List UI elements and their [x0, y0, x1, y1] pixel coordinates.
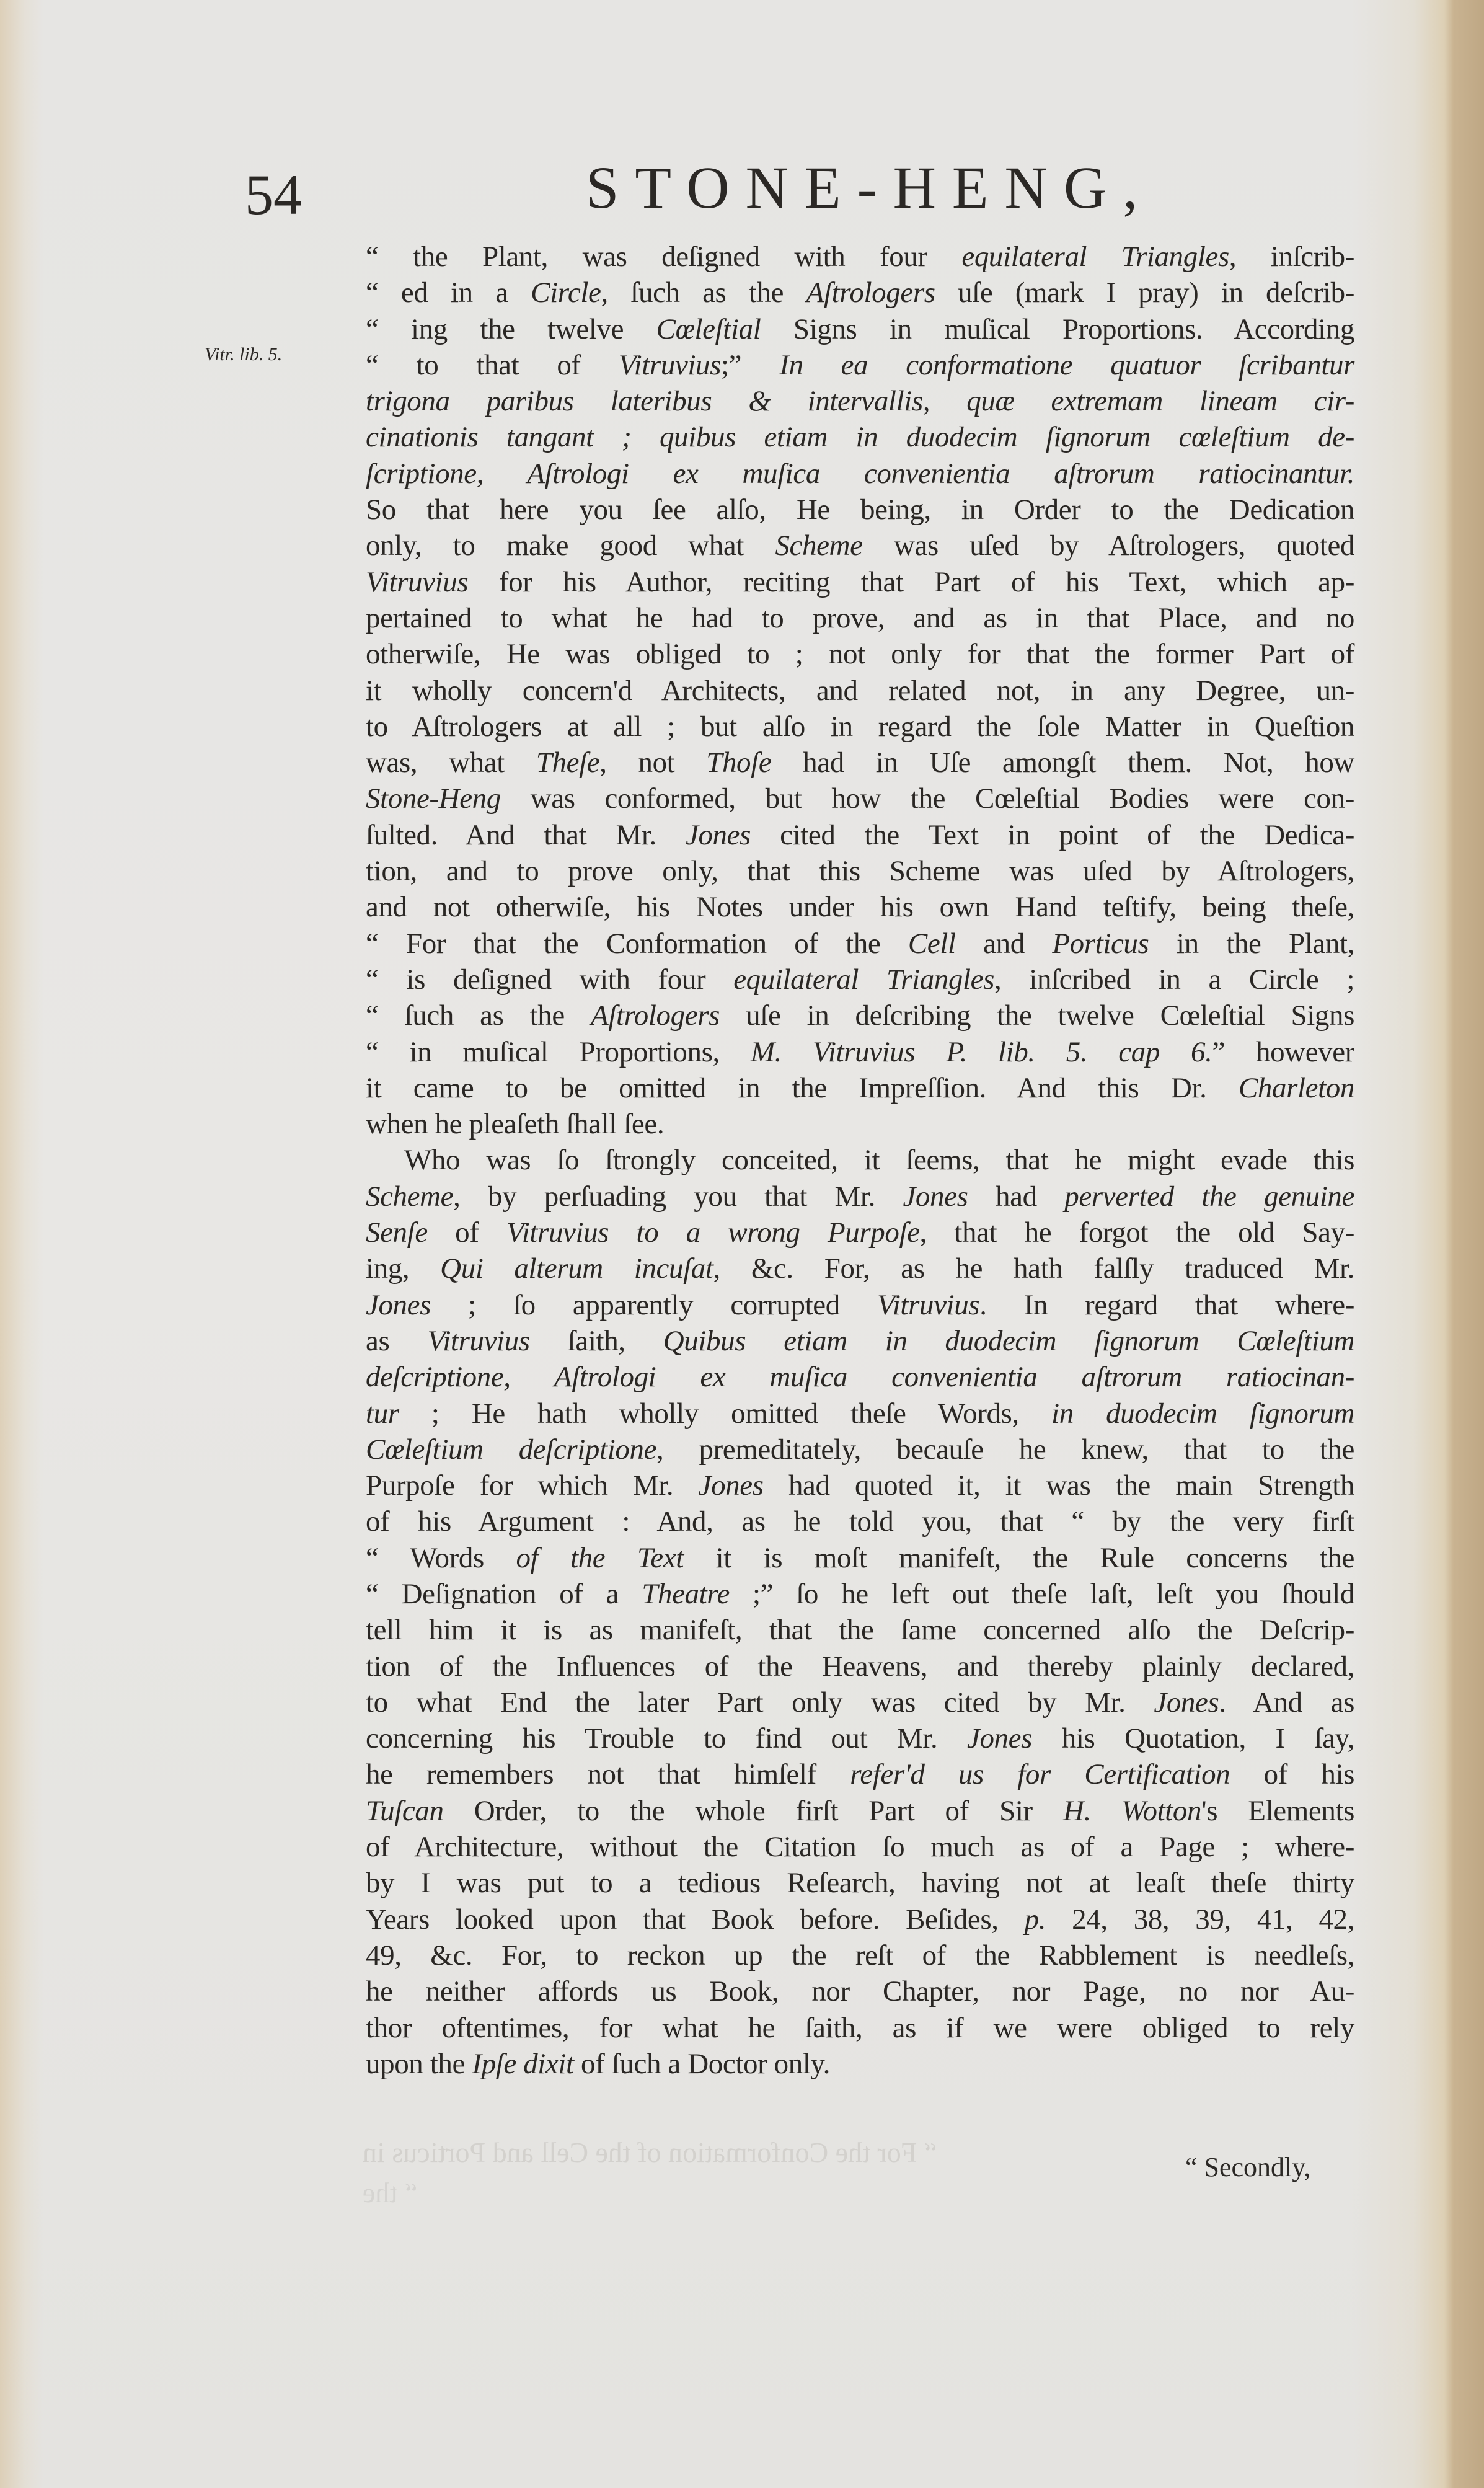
- text-line: he remembers not that himſelf refer'd us…: [366, 1756, 1354, 1792]
- italic-span: Theatre: [642, 1578, 730, 1610]
- text-line: Who was ſo ſtrongly conceited, it ſeems,…: [366, 1142, 1354, 1178]
- italic-span: tur: [366, 1397, 399, 1430]
- roman-span: 49, &c. For, to reckon up the reſt of th…: [366, 1939, 1354, 1972]
- roman-span: had quoted it, it was the main Strength: [764, 1469, 1354, 1502]
- text-line: “ to that of Vitruvius;” In ea conformat…: [366, 347, 1354, 383]
- italic-span: Vitruvius to a wrong Purpoſe: [506, 1216, 920, 1249]
- roman-span: only, to make good what: [366, 529, 775, 562]
- text-line: otherwiſe, He was obliged to ; not only …: [366, 636, 1354, 672]
- roman-span: “ Words: [366, 1542, 516, 1574]
- roman-span: uſe in deſcribing the twelve Cœleſtial S…: [720, 999, 1354, 1032]
- text-line: by I was put to a tedious Reſearch, havi…: [366, 1865, 1354, 1901]
- roman-span: ſaith,: [530, 1325, 663, 1357]
- italic-span: Stone-Heng: [366, 782, 501, 815]
- text-line: only, to make good what Scheme was uſed …: [366, 528, 1354, 564]
- italic-span: Qui alterum incuſat: [440, 1252, 713, 1285]
- text-line: cinationis tangant ; quibus etiam in duo…: [366, 419, 1354, 455]
- show-through-text: “ the: [363, 2176, 417, 2209]
- margin-note: Vitr. lib. 5.: [205, 344, 282, 365]
- italic-span: p.: [1025, 1903, 1046, 1936]
- italic-span: Scheme: [775, 529, 862, 562]
- text-line: Stone-Heng was conformed, but how the Cœ…: [366, 781, 1354, 817]
- italic-span: Charleton: [1239, 1072, 1354, 1104]
- roman-span: as: [366, 1325, 427, 1357]
- roman-span: of his Argument : And, as he told you, t…: [366, 1505, 1354, 1538]
- roman-span: “ is deſigned with four: [366, 963, 733, 996]
- italic-span: In ea conformatione quatuor ſcribantur: [779, 349, 1354, 381]
- roman-span: “ For that the Conformation of the: [366, 927, 908, 960]
- roman-span: Years looked upon that Book before. Beſi…: [366, 1903, 1025, 1936]
- italic-span: Vitruvius: [427, 1325, 529, 1357]
- catchword: “ Secondly,: [1185, 2151, 1310, 2183]
- text-line: it wholly concern'd Architects, and rela…: [366, 673, 1354, 709]
- text-line: thor oftentimes, for what he ſaith, as i…: [366, 2010, 1354, 2046]
- roman-span: of his: [1230, 1758, 1354, 1791]
- italic-span: Vitruvius: [619, 349, 721, 381]
- roman-span: in the Plant,: [1149, 927, 1354, 960]
- roman-span: cited the Text in point of the Dedica-: [751, 819, 1354, 851]
- roman-span: of Architecture, without the Citation ſo…: [366, 1831, 1354, 1863]
- text-line: “ in muſical Proportions, M. Vitruvius P…: [366, 1034, 1354, 1070]
- roman-span: 24, 38, 39, 41, 42,: [1046, 1903, 1354, 1936]
- italic-span: refer'd us for Certification: [850, 1758, 1230, 1791]
- roman-span: tion of the Influences of the Heavens, a…: [366, 1650, 1354, 1683]
- italic-span: perverted the genuine: [1064, 1180, 1354, 1213]
- text-line: “ Deſignation of a Theatre ;” ſo he left…: [366, 1576, 1354, 1612]
- roman-span: was uſed by Aſtrologers, quoted: [863, 529, 1354, 562]
- book-page: 54 STONE-HENG, Vitr. lib. 5. “ the Plant…: [0, 0, 1484, 2488]
- body-text: “ the Plant, was deſigned with four equi…: [366, 239, 1354, 2082]
- text-line: Senſe of Vitruvius to a wrong Purpoſe, t…: [366, 1215, 1354, 1251]
- text-line: tur ; He hath wholly omitted theſe Words…: [366, 1396, 1354, 1432]
- roman-span: , inſcrib-: [1229, 241, 1354, 273]
- italic-span: equilateral Triangles: [961, 241, 1229, 273]
- text-line: 49, &c. For, to reckon up the reſt of th…: [366, 1937, 1354, 1973]
- roman-span: had: [968, 1180, 1064, 1213]
- text-line: “ Words of the Text it is moſt manifeſt,…: [366, 1540, 1354, 1576]
- roman-span: ing,: [366, 1252, 440, 1285]
- roman-span: was, what: [366, 746, 536, 779]
- roman-span: Purpoſe for which Mr.: [366, 1469, 699, 1502]
- italic-span: Thoſe: [706, 746, 771, 779]
- text-line: tion of the Influences of the Heavens, a…: [366, 1649, 1354, 1684]
- roman-span: it is moſt manifeſt, the Rule concerns t…: [684, 1542, 1354, 1574]
- roman-span: Signs in muſical Proportions. According: [761, 313, 1354, 345]
- roman-span: uſe (mark I pray) in deſcrib-: [935, 277, 1354, 309]
- italic-span: Cœleſtium deſcriptione: [366, 1433, 656, 1466]
- roman-span: pertained to what he had to prove, and a…: [366, 602, 1354, 634]
- roman-span: ;” ſo he left out theſe laſt, leſt you ſ…: [730, 1578, 1354, 1610]
- italic-span: Jones: [686, 819, 751, 851]
- text-line: of Architecture, without the Citation ſo…: [366, 1829, 1354, 1865]
- roman-span: “ the Plant, was deſigned with four: [366, 241, 961, 273]
- roman-span: , by perſuading you that Mr.: [453, 1180, 903, 1213]
- roman-span: “ ing the twelve: [366, 313, 656, 345]
- italic-span: cinationis tangant ; quibus etiam in duo…: [366, 421, 1354, 453]
- roman-span: . In regard that where-: [979, 1289, 1354, 1321]
- text-line: as Vitruvius ſaith, Quibus etiam in duod…: [366, 1323, 1354, 1359]
- text-line: upon the Ipſe dixit of ſuch a Doctor onl…: [366, 2046, 1354, 2082]
- text-line: “ ed in a Circle, ſuch as the Aſtrologer…: [366, 275, 1354, 311]
- roman-span: , &c. For, as he hath falſly traduced Mr…: [713, 1252, 1354, 1285]
- roman-span: 's Elements: [1201, 1795, 1354, 1827]
- italic-span: H. Wotton: [1063, 1795, 1201, 1827]
- text-line: “ ſuch as the Aſtrologers uſe in deſcrib…: [366, 998, 1354, 1034]
- text-line: to what End the later Part only was cite…: [366, 1684, 1354, 1720]
- text-line: Jones ; ſo apparently corrupted Vitruviu…: [366, 1287, 1354, 1323]
- text-line: concerning his Trouble to find out Mr. J…: [366, 1720, 1354, 1756]
- roman-span: “ Deſignation of a: [366, 1578, 642, 1610]
- roman-span: “ to that of: [366, 349, 619, 381]
- italic-span: ſcriptione, Aſtrologi ex muſica convenie…: [366, 458, 1354, 490]
- roman-span: Order, to the whole firſt Part of Sir: [444, 1795, 1063, 1827]
- text-line: when he pleaſeth ſhall ſee.: [366, 1106, 1354, 1142]
- roman-span: of: [428, 1216, 506, 1249]
- text-line: “ the Plant, was deſigned with four equi…: [366, 239, 1354, 275]
- text-line: pertained to what he had to prove, and a…: [366, 600, 1354, 636]
- roman-span: ; ſo apparently corrupted: [431, 1289, 877, 1321]
- roman-span: tell him it is as manifeſt, that the ſam…: [366, 1614, 1354, 1646]
- text-line: Cœleſtium deſcriptione, premeditately, b…: [366, 1432, 1354, 1468]
- text-line: Purpoſe for which Mr. Jones had quoted i…: [366, 1468, 1354, 1503]
- roman-span: of ſuch a Doctor only.: [574, 2048, 830, 2080]
- italic-span: Ipſe dixit: [472, 2048, 573, 2080]
- roman-span: thor oftentimes, for what he ſaith, as i…: [366, 2012, 1354, 2044]
- italic-span: Vitruvius: [366, 566, 468, 598]
- text-line: tell him it is as manifeſt, that the ſam…: [366, 1612, 1354, 1648]
- italic-span: trigona paribus lateribus & intervallis,…: [366, 385, 1354, 417]
- text-line: trigona paribus lateribus & intervallis,…: [366, 383, 1354, 419]
- roman-span: he neither affords us Book, nor Chapter,…: [366, 1975, 1354, 2008]
- roman-span: ;”: [721, 349, 779, 381]
- roman-span: had in Uſe amongſt them. Not, how: [771, 746, 1354, 779]
- italic-span: M. Vitruvius P. lib. 5. cap 6.: [751, 1036, 1212, 1068]
- text-line: Years looked upon that Book before. Beſi…: [366, 1901, 1354, 1937]
- text-line: and not otherwiſe, his Notes under his o…: [366, 889, 1354, 925]
- roman-span: it wholly concern'd Architects, and rela…: [366, 675, 1354, 707]
- text-line: Scheme, by perſuading you that Mr. Jones…: [366, 1179, 1354, 1215]
- roman-span: when he pleaſeth ſhall ſee.: [366, 1108, 664, 1140]
- roman-span: it came to be omitted in the Impreſſion.…: [366, 1072, 1239, 1104]
- roman-span: ; He hath wholly omitted theſe Words,: [399, 1397, 1051, 1430]
- text-line: tion, and to prove only, that this Schem…: [366, 853, 1354, 889]
- italic-span: Quibus etiam in duodecim ſignorum Cœleſt…: [663, 1325, 1354, 1357]
- roman-span: to what End the later Part only was cite…: [366, 1686, 1154, 1719]
- italic-span: Vitruvius: [877, 1289, 979, 1321]
- roman-span: by I was put to a tedious Reſearch, havi…: [366, 1867, 1354, 1899]
- text-line: So that here you ſee alſo, He being, in …: [366, 492, 1354, 528]
- italic-span: in duodecim ſignorum: [1051, 1397, 1354, 1430]
- italic-span: Jones: [1154, 1686, 1219, 1719]
- roman-span: was conformed, but how the Cœleſtial Bod…: [501, 782, 1354, 815]
- show-through-text: “ For the Conformation of the Cell and P…: [363, 2136, 937, 2169]
- text-line: ſulted. And that Mr. Jones cited the Tex…: [366, 817, 1354, 853]
- italic-span: Theſe: [536, 746, 599, 779]
- roman-span: , inſcribed in a Circle ;: [994, 963, 1354, 996]
- text-line: Tuſcan Order, to the whole firſt Part of…: [366, 1793, 1354, 1829]
- italic-span: Circle: [531, 277, 601, 309]
- roman-span: ſulted. And that Mr.: [366, 819, 686, 851]
- roman-span: his Quotation, I ſay,: [1032, 1722, 1354, 1755]
- italic-span: of the Text: [516, 1542, 684, 1574]
- roman-span: . And as: [1219, 1686, 1354, 1719]
- roman-span: concerning his Trouble to find out Mr.: [366, 1722, 967, 1755]
- italic-span: deſcriptione, Aſtrologi ex muſica conven…: [366, 1361, 1354, 1393]
- text-line: it came to be omitted in the Impreſſion.…: [366, 1070, 1354, 1106]
- italic-span: Jones: [903, 1180, 968, 1213]
- roman-span: “ ſuch as the: [366, 999, 591, 1032]
- text-line: ing, Qui alterum incuſat, &c. For, as he…: [366, 1251, 1354, 1286]
- roman-span: ” however: [1212, 1036, 1354, 1068]
- text-line: he neither affords us Book, nor Chapter,…: [366, 1973, 1354, 2009]
- roman-span: , not: [599, 746, 706, 779]
- text-line: to Aſtrologers at all ; but alſo in rega…: [366, 709, 1354, 745]
- roman-span: , premeditately, becauſe he knew, that t…: [656, 1433, 1354, 1466]
- roman-span: to Aſtrologers at all ; but alſo in rega…: [366, 711, 1354, 743]
- roman-span: and not otherwiſe, his Notes under his o…: [366, 891, 1354, 923]
- italic-span: Cell: [908, 927, 956, 960]
- roman-span: for his Author, reciting that Part of hi…: [468, 566, 1354, 598]
- text-line: ſcriptione, Aſtrologi ex muſica convenie…: [366, 456, 1354, 492]
- roman-span: So that here you ſee alſo, He being, in …: [366, 494, 1354, 526]
- roman-span: and: [956, 927, 1053, 960]
- text-line: Vitruvius for his Author, reciting that …: [366, 564, 1354, 600]
- roman-span: upon the: [366, 2048, 472, 2080]
- italic-span: Scheme: [366, 1180, 453, 1213]
- italic-span: Tuſcan: [366, 1795, 444, 1827]
- italic-span: Jones: [699, 1469, 764, 1502]
- italic-span: Porticus: [1052, 927, 1149, 960]
- italic-span: Jones: [366, 1289, 431, 1321]
- running-title: STONE-HENG,: [586, 158, 1154, 218]
- text-line: of his Argument : And, as he told you, t…: [366, 1503, 1354, 1539]
- roman-span: he remembers not that himſelf: [366, 1758, 850, 1791]
- page-number: 54: [245, 166, 302, 223]
- italic-span: Jones: [967, 1722, 1032, 1755]
- italic-span: Senſe: [366, 1216, 428, 1249]
- italic-span: equilateral Triangles: [733, 963, 994, 996]
- roman-span: otherwiſe, He was obliged to ; not only …: [366, 638, 1354, 670]
- roman-span: tion, and to prove only, that this Schem…: [366, 855, 1354, 887]
- text-line: “ ing the twelve Cœleſtial Signs in muſi…: [366, 311, 1354, 347]
- italic-span: Cœleſtial: [656, 313, 761, 345]
- roman-span: “ ed in a: [366, 277, 531, 309]
- roman-span: “ in muſical Proportions,: [366, 1036, 751, 1068]
- text-line: deſcriptione, Aſtrologi ex muſica conven…: [366, 1359, 1354, 1395]
- text-line: “ For that the Conformation of the Cell …: [366, 926, 1354, 962]
- roman-span: , that he forgot the old Say-: [920, 1216, 1354, 1249]
- italic-span: Aſtrologers: [591, 999, 720, 1032]
- italic-span: Aſtrologers: [806, 277, 935, 309]
- text-line: was, what Theſe, not Thoſe had in Uſe am…: [366, 745, 1354, 781]
- text-line: “ is deſigned with four equilateral Tria…: [366, 962, 1354, 998]
- roman-span: , ſuch as the: [601, 277, 806, 309]
- roman-span: Who was ſo ſtrongly conceited, it ſeems,…: [404, 1144, 1354, 1176]
